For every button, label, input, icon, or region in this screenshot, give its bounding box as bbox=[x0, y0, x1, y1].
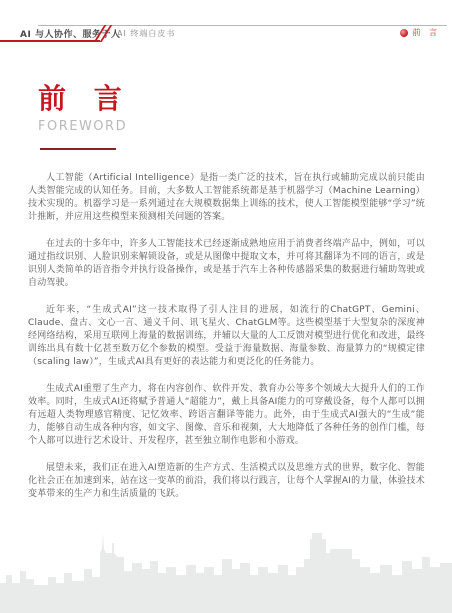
document-title: AI 终端白皮书 bbox=[117, 28, 175, 39]
paragraph-2: 在过去的十多年中，许多人工智能技术已经逐渐成熟地应用于消费者终端产品中，例如，可… bbox=[28, 238, 425, 290]
section-title-block: 前 言 FOREWORD bbox=[38, 82, 131, 150]
chapter-label: 前 言 bbox=[412, 27, 440, 38]
header-red-underline bbox=[0, 40, 100, 42]
page-header: AI 与人协作、服务于人 AI 终端白皮书 前 言 bbox=[0, 0, 452, 46]
section-title-zh: 前 言 bbox=[38, 82, 131, 116]
foreword-content: 人工智能（Artificial Intelligence）是指一类广泛的技术，旨… bbox=[28, 172, 425, 515]
whitepaper-foreword-page: { "header": { "brand_title": "AI 与人协作、服务… bbox=[0, 0, 452, 613]
paragraph-4: 生成式AI重塑了生产力，将在内容创作、软件开发、教育办公等多个领域大大提升人们的… bbox=[28, 383, 425, 448]
header-top-divider bbox=[38, 25, 447, 26]
section-title-en: FOREWORD bbox=[38, 119, 131, 134]
chapter-marker-icon bbox=[400, 29, 408, 37]
paragraph-5: 展望未来，我们正在进入AI塑造新的生产方式、生活模式以及思维方式的世界，数字化、… bbox=[28, 462, 425, 501]
paragraph-3: 近年来，“生成式AI”这一技术取得了引人注目的进展，如流行的ChatGPT、Ge… bbox=[28, 304, 425, 369]
paragraph-1: 人工智能（Artificial Intelligence）是指一类广泛的技术，旨… bbox=[28, 172, 425, 224]
chapter-marker: 前 言 bbox=[400, 27, 440, 38]
title-underline-rule bbox=[40, 148, 116, 150]
city-skyline-graphic bbox=[0, 523, 452, 613]
